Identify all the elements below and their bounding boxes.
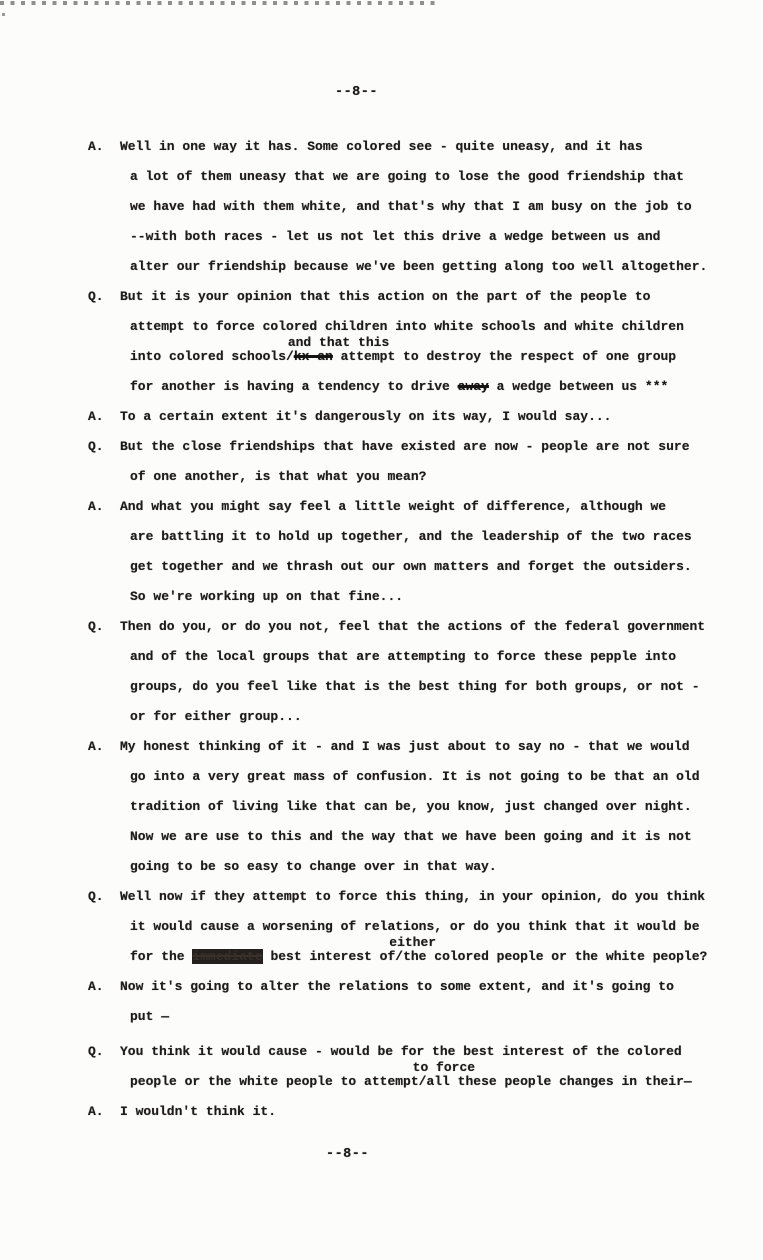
transcript-line: To a certain extent it's dangerously on …: [120, 402, 733, 432]
paragraph-lines: I wouldn't think it.: [120, 1097, 733, 1127]
transcript-line: I wouldn't think it.: [120, 1097, 733, 1127]
transcript-line: a lot of them uneasy that we are going t…: [130, 162, 733, 192]
paragraph-lines: Well now if they attempt to force this t…: [120, 882, 733, 972]
transcript-text: people or the white people to attempt: [130, 1074, 419, 1089]
qa-paragraph: Q.But the close friendships that have ex…: [88, 432, 733, 492]
transcript-text: To a certain extent it's dangerously on …: [120, 409, 611, 424]
paragraph-lines: Well in one way it has. Some colored see…: [120, 132, 733, 282]
transcript-text: for another is having a tendency to driv…: [130, 379, 458, 394]
speaker-label: Q.: [88, 432, 120, 492]
transcript-line: of one another, is that what you mean?: [130, 462, 733, 492]
qa-paragraph: A.Well in one way it has. Some colored s…: [88, 132, 733, 282]
page-number-bottom: --8--: [0, 1147, 729, 1162]
speaker-label: A.: [88, 402, 120, 432]
qa-paragraph: Q.You think it would cause - would be fo…: [88, 1037, 733, 1097]
transcript-text: into colored schools/: [130, 349, 294, 364]
transcript-line: people or the white people to attemptto …: [130, 1067, 733, 1097]
transcript-line: My honest thinking of it - and I was jus…: [120, 732, 733, 762]
speaker-label: A.: [88, 1097, 120, 1127]
transcript-text: attempt to force colored children into w…: [130, 319, 684, 334]
transcript-text: Now we are use to this and the way that …: [130, 829, 692, 844]
transcript-text: And what you might say feel a little wei…: [120, 499, 666, 514]
transcript-text: /the colored people or the white people?: [395, 949, 707, 964]
blacked-out-text: immediate: [192, 949, 262, 964]
transcript-text: tradition of living like that can be, yo…: [130, 799, 692, 814]
struck-out-text: kx an: [294, 349, 333, 364]
transcript-line: put —: [130, 1002, 733, 1032]
transcript-text: Well now if they attempt to force this t…: [120, 889, 705, 904]
speaker-label: Q.: [88, 612, 120, 732]
paragraph-lines: And what you might say feel a little wei…: [120, 492, 733, 612]
transcript-text: of one another, is that what you mean?: [130, 469, 426, 484]
transcript-line: attempt to force colored children into w…: [130, 312, 733, 342]
transcript-text: a wedge between us ***: [489, 379, 668, 394]
transcript-text: But the close friendships that have exis…: [120, 439, 690, 454]
speaker-label: A.: [88, 732, 120, 882]
transcript-line: Then do you, or do you not, feel that th…: [120, 612, 733, 642]
transcript-text: You think it would cause - would be for …: [120, 1044, 682, 1059]
transcript-text: go into a very great mass of confusion. …: [130, 769, 700, 784]
transcript-text: it would cause a worsening of relations,…: [130, 919, 700, 934]
transcript-text: we have had with them white, and that's …: [130, 199, 692, 214]
scan-edge-dotted-line: [0, 1, 437, 5]
transcript-text: groups, do you feel like that is the bes…: [130, 679, 700, 694]
transcript-line: or for either group...: [130, 702, 733, 732]
transcript-line: go into a very great mass of confusion. …: [130, 762, 733, 792]
transcript-text: attempt to destroy the respect of one gr…: [333, 349, 676, 364]
speaker-label: Q.: [88, 1037, 120, 1097]
qa-paragraph: A.To a certain extent it's dangerously o…: [88, 402, 733, 432]
qa-paragraph: Q.But it is your opinion that this actio…: [88, 282, 733, 402]
speaker-label: Q.: [88, 882, 120, 972]
speaker-label: A.: [88, 972, 120, 1032]
paragraph-lines: To a certain extent it's dangerously on …: [120, 402, 733, 432]
qa-paragraph: A.And what you might say feel a little w…: [88, 492, 733, 612]
transcript-line: going to be so easy to change over in th…: [130, 852, 733, 882]
interline-insertion: either: [389, 935, 436, 950]
transcript-text: put —: [130, 1009, 169, 1024]
transcript-line: Now we are use to this and the way that …: [130, 822, 733, 852]
struck-out-text: away: [458, 379, 489, 394]
transcript-text: for the: [130, 949, 192, 964]
transcript-text: Now it's going to alter the relations to…: [120, 979, 674, 994]
transcript-text: Well in one way it has. Some colored see…: [120, 139, 643, 154]
transcript-text: are battling it to hold up together, and…: [130, 529, 692, 544]
transcript-line: into colored schools/and that thiskx an …: [130, 342, 733, 372]
paragraph-lines: Then do you, or do you not, feel that th…: [120, 612, 733, 732]
transcript-text: alter our friendship because we've been …: [130, 259, 707, 274]
transcript-text: /all these people changes in their—: [419, 1074, 692, 1089]
transcript-line: for another is having a tendency to driv…: [130, 372, 733, 402]
transcript-line: we have had with them white, and that's …: [130, 192, 733, 222]
transcript-line: But the close friendships that have exis…: [120, 432, 733, 462]
transcript-text: My honest thinking of it - and I was jus…: [120, 739, 690, 754]
transcript-text: best interest of: [263, 949, 396, 964]
paragraph-lines: You think it would cause - would be for …: [120, 1037, 733, 1097]
paragraph-lines: But it is your opinion that this action …: [120, 282, 733, 402]
transcript-text: and of the local groups that are attempt…: [130, 649, 676, 664]
transcript-text: I wouldn't think it.: [120, 1104, 276, 1119]
transcript-line: Well in one way it has. Some colored see…: [120, 132, 733, 162]
transcript-line: So we're working up on that fine...: [130, 582, 733, 612]
transcript-line: for the immediate best interest ofeither…: [130, 942, 733, 972]
qa-paragraph: Q.Then do you, or do you not, feel that …: [88, 612, 733, 732]
transcript: A.Well in one way it has. Some colored s…: [0, 132, 763, 1127]
transcript-line: groups, do you feel like that is the bes…: [130, 672, 733, 702]
transcript-line: are battling it to hold up together, and…: [130, 522, 733, 552]
paragraph-lines: Now it's going to alter the relations to…: [120, 972, 733, 1032]
qa-paragraph: Q.Well now if they attempt to force this…: [88, 882, 733, 972]
speaker-label: A.: [88, 492, 120, 612]
qa-paragraph: A.I wouldn't think it.: [88, 1097, 733, 1127]
qa-paragraph: A.Now it's going to alter the relations …: [88, 972, 733, 1032]
speaker-label: Q.: [88, 282, 120, 402]
paragraph-lines: My honest thinking of it - and I was jus…: [120, 732, 733, 882]
transcript-line: --with both races - let us not let this …: [130, 222, 733, 252]
interline-insertion: and that this: [288, 335, 389, 350]
transcript-line: get together and we thrash out our own m…: [130, 552, 733, 582]
scan-speck: [2, 13, 5, 16]
transcript-line: And what you might say feel a little wei…: [120, 492, 733, 522]
transcript-text: So we're working up on that fine...: [130, 589, 403, 604]
transcript-text: a lot of them uneasy that we are going t…: [130, 169, 684, 184]
transcript-text: get together and we thrash out our own m…: [130, 559, 692, 574]
transcript-text: --with both races - let us not let this …: [130, 229, 661, 244]
page-number-top: --8--: [0, 85, 738, 100]
qa-paragraph: A.My honest thinking of it - and I was j…: [88, 732, 733, 882]
transcript-line: Well now if they attempt to force this t…: [120, 882, 733, 912]
transcript-line: and of the local groups that are attempt…: [130, 642, 733, 672]
speaker-label: A.: [88, 132, 120, 282]
transcript-text: But it is your opinion that this action …: [120, 289, 651, 304]
transcript-text: Then do you, or do you not, feel that th…: [120, 619, 705, 634]
transcript-text: going to be so easy to change over in th…: [130, 859, 497, 874]
transcript-line: tradition of living like that can be, yo…: [130, 792, 733, 822]
transcript-text: or for either group...: [130, 709, 302, 724]
transcript-line: alter our friendship because we've been …: [130, 252, 733, 282]
transcript-line: But it is your opinion that this action …: [120, 282, 733, 312]
transcript-line: Now it's going to alter the relations to…: [120, 972, 733, 1002]
interline-insertion: to force: [413, 1060, 475, 1075]
paragraph-lines: But the close friendships that have exis…: [120, 432, 733, 492]
